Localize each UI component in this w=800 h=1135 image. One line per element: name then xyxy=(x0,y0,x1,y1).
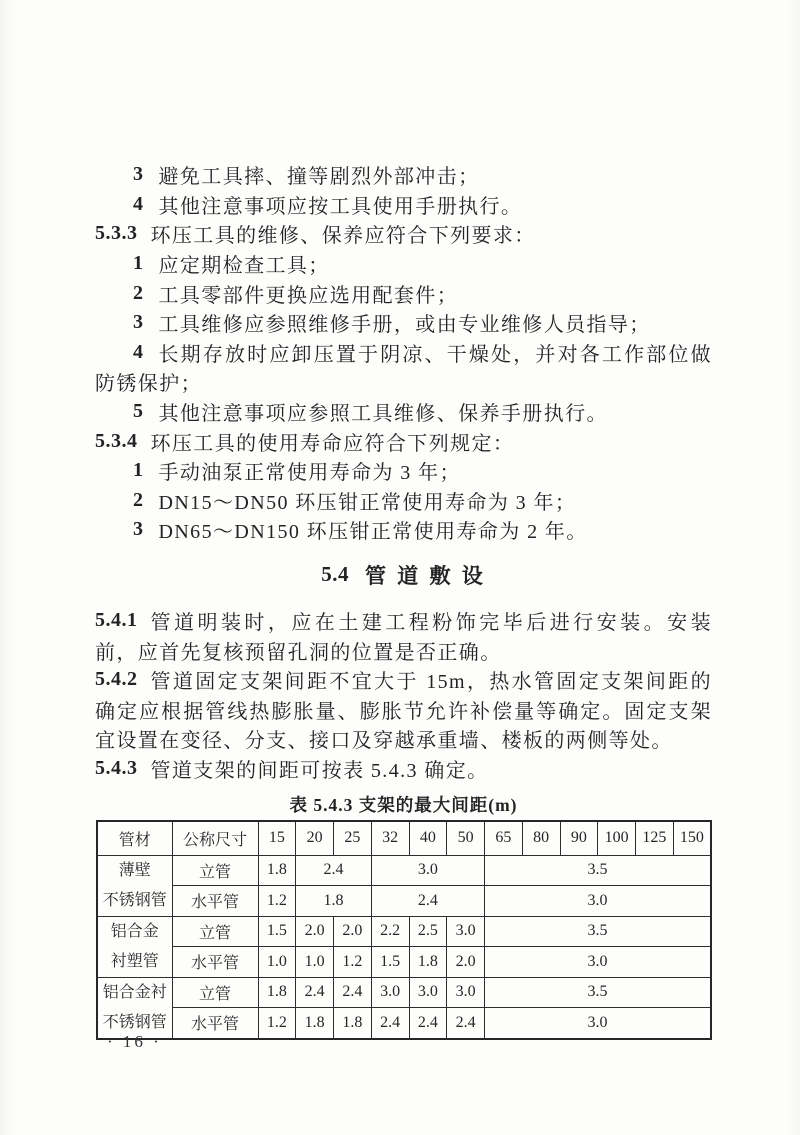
header-size: 15 xyxy=(258,821,296,855)
spacing-value-cell: 2.4 xyxy=(296,977,334,1008)
text-line: 3DN65～DN150 环压钳正常使用寿命为 2 年。 xyxy=(95,515,712,545)
table-row: 水平管1.01.01.21.51.82.03.0 xyxy=(97,947,711,978)
spacing-value-cell: 1.2 xyxy=(258,886,296,917)
material-line: 铝合金衬 xyxy=(98,978,172,1008)
spacing-value-cell: 3.0 xyxy=(485,1008,712,1039)
text-line: 3工具维修应参照维修手册，或由专业维修人员指导； xyxy=(95,308,712,338)
text-line: 5.3.4环压工具的使用寿命应符合下列规定： xyxy=(95,426,712,456)
spacing-value-cell: 1.8 xyxy=(296,1008,334,1039)
text-line: 防锈保护； xyxy=(95,367,712,397)
material-cell: 铝合金衬塑管 xyxy=(97,916,172,977)
text-line: 5.4.2管道固定支架间距不宜大于 15m，热水管固定支架间距的 xyxy=(95,665,712,695)
clause-number: 5.4.3 xyxy=(95,757,138,780)
line-text: 手动油泵正常使用寿命为 3 年； xyxy=(159,456,713,485)
material-line: 铝合金 xyxy=(98,917,172,947)
line-text: 宜设置在变径、分支、接口及穿越承重墙、楼板的两侧等处。 xyxy=(95,724,712,753)
pipe-orientation-label: 水平管 xyxy=(172,947,258,978)
spacing-value-cell: 2.4 xyxy=(371,886,484,917)
header-size: 25 xyxy=(334,821,372,855)
spacing-value-cell: 2.4 xyxy=(334,977,372,1008)
heading-number: 5.4 xyxy=(321,562,349,587)
table-header-row: 管材公称尺寸152025324050658090100125150 xyxy=(97,821,711,855)
spacing-value-cell: 2.0 xyxy=(334,916,372,947)
section-heading: 5.4管 道 敷 设 xyxy=(95,558,712,592)
line-text: 工具零部件更换应选用配套件； xyxy=(159,279,713,308)
item-number: 3 xyxy=(133,518,144,541)
header-nominal-size: 公称尺寸 xyxy=(172,821,258,855)
header-size: 150 xyxy=(673,821,711,855)
line-text: 其他注意事项应按工具使用手册执行。 xyxy=(159,190,713,219)
spacing-value-cell: 1.5 xyxy=(371,947,409,978)
page-number: · 16 · xyxy=(107,1032,162,1052)
spacing-value-cell: 3.0 xyxy=(371,855,484,886)
spacing-value-cell: 1.2 xyxy=(334,947,372,978)
item-number: 3 xyxy=(133,163,144,186)
line-text: 管 道 敷 设 xyxy=(365,560,486,590)
spacing-value-cell: 1.8 xyxy=(296,886,372,917)
table-row: 水平管1.21.82.43.0 xyxy=(97,886,711,917)
clause-number: 5.3.3 xyxy=(95,222,138,245)
clause-number: 5.4.2 xyxy=(95,668,138,691)
spacing-value-cell: 1.8 xyxy=(334,1008,372,1039)
text-line: 3避免工具摔、撞等剧烈外部冲击； xyxy=(95,160,712,190)
text-line: 5.3.3环压工具的维修、保养应符合下列要求： xyxy=(95,219,712,249)
pipe-orientation-label: 水平管 xyxy=(172,1008,258,1039)
spacing-value-cell: 1.5 xyxy=(258,916,296,947)
spacing-value-cell: 3.5 xyxy=(485,855,712,886)
line-text: 其他注意事项应参照工具维修、保养手册执行。 xyxy=(159,397,713,426)
spacing-value-cell: 2.4 xyxy=(447,1008,485,1039)
table-row: 铝合金衬塑管立管1.52.02.02.22.53.03.5 xyxy=(97,916,711,947)
text-line: 2工具零部件更换应选用配套件； xyxy=(95,278,712,308)
line-text: DN65～DN150 环压钳正常使用寿命为 2 年。 xyxy=(159,515,713,544)
pipe-orientation-label: 水平管 xyxy=(172,886,258,917)
spacing-value-cell: 1.2 xyxy=(258,1008,296,1039)
text-line: 1手动油泵正常使用寿命为 3 年； xyxy=(95,456,712,486)
material-line: 不锈钢管 xyxy=(98,886,172,916)
header-size: 65 xyxy=(485,821,523,855)
spacing-value-cell: 1.0 xyxy=(258,947,296,978)
spacing-value-cell: 3.0 xyxy=(485,886,712,917)
line-text: 环压工具的维修、保养应符合下列要求： xyxy=(151,219,713,248)
text-line: 1应定期检查工具； xyxy=(95,249,712,279)
line-text: DN15～DN50 环压钳正常使用寿命为 3 年； xyxy=(159,486,713,515)
line-text: 前，应首先复核预留孔洞的位置是否正确。 xyxy=(95,636,712,665)
table-row: 水平管1.21.81.82.42.42.43.0 xyxy=(97,1008,711,1039)
line-text: 应定期检查工具； xyxy=(159,249,713,278)
header-size: 50 xyxy=(447,821,485,855)
line-text: 长期存放时应卸压置于阴凉、干燥处，并对各工作部位做 xyxy=(159,338,713,367)
header-size: 20 xyxy=(296,821,334,855)
line-text: 避免工具摔、撞等剧烈外部冲击； xyxy=(159,160,713,189)
material-cell: 薄壁不锈钢管 xyxy=(97,855,172,916)
item-number: 1 xyxy=(133,252,144,275)
spacing-value-cell: 3.0 xyxy=(447,977,485,1008)
spacing-value-cell: 2.5 xyxy=(409,916,447,947)
spacing-value-cell: 2.4 xyxy=(296,855,372,886)
header-size: 40 xyxy=(409,821,447,855)
material-line: 薄壁 xyxy=(98,856,172,886)
spacing-value-cell: 3.5 xyxy=(485,916,712,947)
item-number: 4 xyxy=(133,193,144,216)
spacing-value-cell: 1.8 xyxy=(409,947,447,978)
spacing-value-cell: 1.8 xyxy=(258,855,296,886)
line-text: 管道固定支架间距不宜大于 15m，热水管固定支架间距的 xyxy=(151,665,713,694)
spacing-table: 管材公称尺寸152025324050658090100125150薄壁不锈钢管立… xyxy=(96,820,712,1040)
spacing-value-cell: 2.2 xyxy=(371,916,409,947)
table-row: 薄壁不锈钢管立管1.82.43.03.5 xyxy=(97,855,711,886)
material-line: 衬塑管 xyxy=(98,947,172,977)
header-size: 90 xyxy=(560,821,598,855)
table-title: 表 5.4.3 支架的最大间距(m) xyxy=(95,792,712,817)
line-text: 工具维修应参照维修手册，或由专业维修人员指导； xyxy=(159,308,713,337)
header-size: 125 xyxy=(636,821,674,855)
header-size: 32 xyxy=(371,821,409,855)
header-size: 80 xyxy=(522,821,560,855)
material-cell: 铝合金衬不锈钢管 xyxy=(97,977,172,1039)
document-page: 3避免工具摔、撞等剧烈外部冲击；4其他注意事项应按工具使用手册执行。5.3.3环… xyxy=(0,0,800,1135)
header-material: 管材 xyxy=(97,821,172,855)
pipe-orientation-label: 立管 xyxy=(172,855,258,886)
item-number: 2 xyxy=(133,282,144,305)
text-line: 前，应首先复核预留孔洞的位置是否正确。 xyxy=(95,635,712,665)
item-number: 1 xyxy=(133,459,144,482)
spacing-value-cell: 1.0 xyxy=(296,947,334,978)
line-text: 环压工具的使用寿命应符合下列规定： xyxy=(151,427,713,456)
spacing-value-cell: 2.0 xyxy=(447,947,485,978)
line-text: 管道明装时，应在土建工程粉饰完毕后进行安装。安装 xyxy=(151,606,713,635)
body-text: 3避免工具摔、撞等剧烈外部冲击；4其他注意事项应按工具使用手册执行。5.3.3环… xyxy=(95,160,712,783)
text-line: 2DN15～DN50 环压钳正常使用寿命为 3 年； xyxy=(95,486,712,516)
spacing-value-cell: 3.0 xyxy=(409,977,447,1008)
spacing-value-cell: 2.4 xyxy=(409,1008,447,1039)
line-text: 管道支架的间距可按表 5.4.3 确定。 xyxy=(151,754,713,783)
spacing-value-cell: 3.0 xyxy=(371,977,409,1008)
table-row: 铝合金衬不锈钢管立管1.82.42.43.03.03.03.5 xyxy=(97,977,711,1008)
spacing-value-cell: 3.5 xyxy=(485,977,712,1008)
item-number: 5 xyxy=(133,400,144,423)
line-text: 防锈保护； xyxy=(95,367,712,396)
spacing-value-cell: 2.4 xyxy=(371,1008,409,1039)
pipe-orientation-label: 立管 xyxy=(172,916,258,947)
item-number: 4 xyxy=(133,341,144,364)
text-line: 5.4.1管道明装时，应在土建工程粉饰完毕后进行安装。安装 xyxy=(95,606,712,636)
clause-number: 5.3.4 xyxy=(95,430,138,453)
item-number: 2 xyxy=(133,489,144,512)
text-line: 确定应根据管线热膨胀量、膨胀节允许补偿量等确定。固定支架 xyxy=(95,695,712,725)
spacing-value-cell: 3.0 xyxy=(447,916,485,947)
item-number: 3 xyxy=(133,311,144,334)
clause-number: 5.4.1 xyxy=(95,609,138,632)
spacing-value-cell: 3.0 xyxy=(485,947,712,978)
text-line: 4其他注意事项应按工具使用手册执行。 xyxy=(95,190,712,220)
text-line: 5其他注意事项应参照工具维修、保养手册执行。 xyxy=(95,397,712,427)
spacing-value-cell: 1.8 xyxy=(258,977,296,1008)
pipe-orientation-label: 立管 xyxy=(172,977,258,1008)
spacing-value-cell: 2.0 xyxy=(296,916,334,947)
text-line: 4长期存放时应卸压置于阴凉、干燥处，并对各工作部位做 xyxy=(95,338,712,368)
text-line: 5.4.3管道支架的间距可按表 5.4.3 确定。 xyxy=(95,754,712,784)
header-size: 100 xyxy=(598,821,636,855)
line-text: 确定应根据管线热膨胀量、膨胀节允许补偿量等确定。固定支架 xyxy=(95,695,712,724)
text-line: 宜设置在变径、分支、接口及穿越承重墙、楼板的两侧等处。 xyxy=(95,724,712,754)
